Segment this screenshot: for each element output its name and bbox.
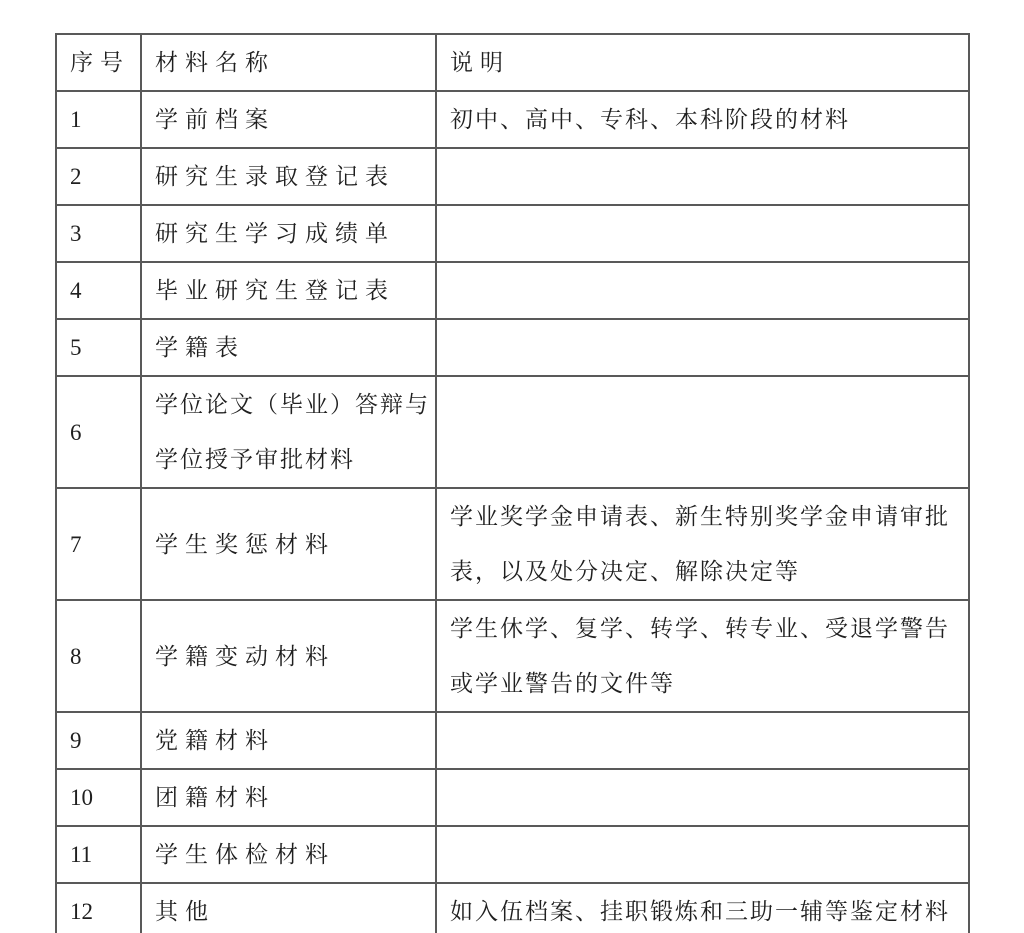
table-row: 7 学生奖惩材料 学业奖学金申请表、新生特别奖学金申请审批 表，以及处分决定、解… [56, 488, 969, 600]
material-name-cell: 党籍材料 [141, 712, 436, 769]
material-name-cell: 毕业研究生登记表 [141, 262, 436, 319]
table-row: 5 学籍表 [56, 319, 969, 376]
material-name-cell: 研究生录取登记表 [141, 148, 436, 205]
material-name-cell: 学籍表 [141, 319, 436, 376]
description-cell [436, 262, 969, 319]
table-row: 10 团籍材料 [56, 769, 969, 826]
row-number-cell: 4 [56, 262, 141, 319]
row-number-cell: 8 [56, 600, 141, 712]
description-cell [436, 826, 969, 883]
material-name-cell: 其他 [141, 883, 436, 933]
document-page: 序号 材料名称 说明 1 学前档案 初中、高中、专科、本科阶段的材料 2 研究生… [0, 0, 1024, 933]
description-cell [436, 319, 969, 376]
row-number-cell: 6 [56, 376, 141, 488]
description-cell [436, 769, 969, 826]
row-number-cell: 2 [56, 148, 141, 205]
row-number-cell: 9 [56, 712, 141, 769]
table-row: 4 毕业研究生登记表 [56, 262, 969, 319]
row-number-cell: 5 [56, 319, 141, 376]
row-number-cell: 10 [56, 769, 141, 826]
table-row: 2 研究生录取登记表 [56, 148, 969, 205]
description-cell [436, 376, 969, 488]
table-row: 8 学籍变动材料 学生休学、复学、转学、转专业、受退学警告 或学业警告的文件等 [56, 600, 969, 712]
material-name-cell: 学籍变动材料 [141, 600, 436, 712]
material-name-cell: 研究生学习成绩单 [141, 205, 436, 262]
row-number-cell: 11 [56, 826, 141, 883]
table-body: 1 学前档案 初中、高中、专科、本科阶段的材料 2 研究生录取登记表 3 研究生… [56, 91, 969, 933]
description-cell [436, 205, 969, 262]
table-header-row: 序号 材料名称 说明 [56, 34, 969, 91]
description-cell: 如入伍档案、挂职锻炼和三助一辅等鉴定材料 [436, 883, 969, 933]
table-row: 9 党籍材料 [56, 712, 969, 769]
material-name-cell: 学位论文（毕业）答辩与 学位授予审批材料 [141, 376, 436, 488]
row-number-cell: 1 [56, 91, 141, 148]
materials-table: 序号 材料名称 说明 1 学前档案 初中、高中、专科、本科阶段的材料 2 研究生… [55, 33, 970, 933]
material-name-cell: 团籍材料 [141, 769, 436, 826]
description-cell: 学业奖学金申请表、新生特别奖学金申请审批 表，以及处分决定、解除决定等 [436, 488, 969, 600]
table-row: 3 研究生学习成绩单 [56, 205, 969, 262]
header-cell-description: 说明 [436, 34, 969, 91]
header-cell-number: 序号 [56, 34, 141, 91]
row-number-cell: 12 [56, 883, 141, 933]
table-row: 11 学生体检材料 [56, 826, 969, 883]
description-cell: 初中、高中、专科、本科阶段的材料 [436, 91, 969, 148]
row-number-cell: 7 [56, 488, 141, 600]
row-number-cell: 3 [56, 205, 141, 262]
description-cell [436, 712, 969, 769]
table-row: 1 学前档案 初中、高中、专科、本科阶段的材料 [56, 91, 969, 148]
table-row: 12 其他 如入伍档案、挂职锻炼和三助一辅等鉴定材料 [56, 883, 969, 933]
material-name-cell: 学前档案 [141, 91, 436, 148]
material-name-cell: 学生奖惩材料 [141, 488, 436, 600]
material-name-cell: 学生体检材料 [141, 826, 436, 883]
description-cell [436, 148, 969, 205]
table-row: 6 学位论文（毕业）答辩与 学位授予审批材料 [56, 376, 969, 488]
description-cell: 学生休学、复学、转学、转专业、受退学警告 或学业警告的文件等 [436, 600, 969, 712]
header-cell-material-name: 材料名称 [141, 34, 436, 91]
